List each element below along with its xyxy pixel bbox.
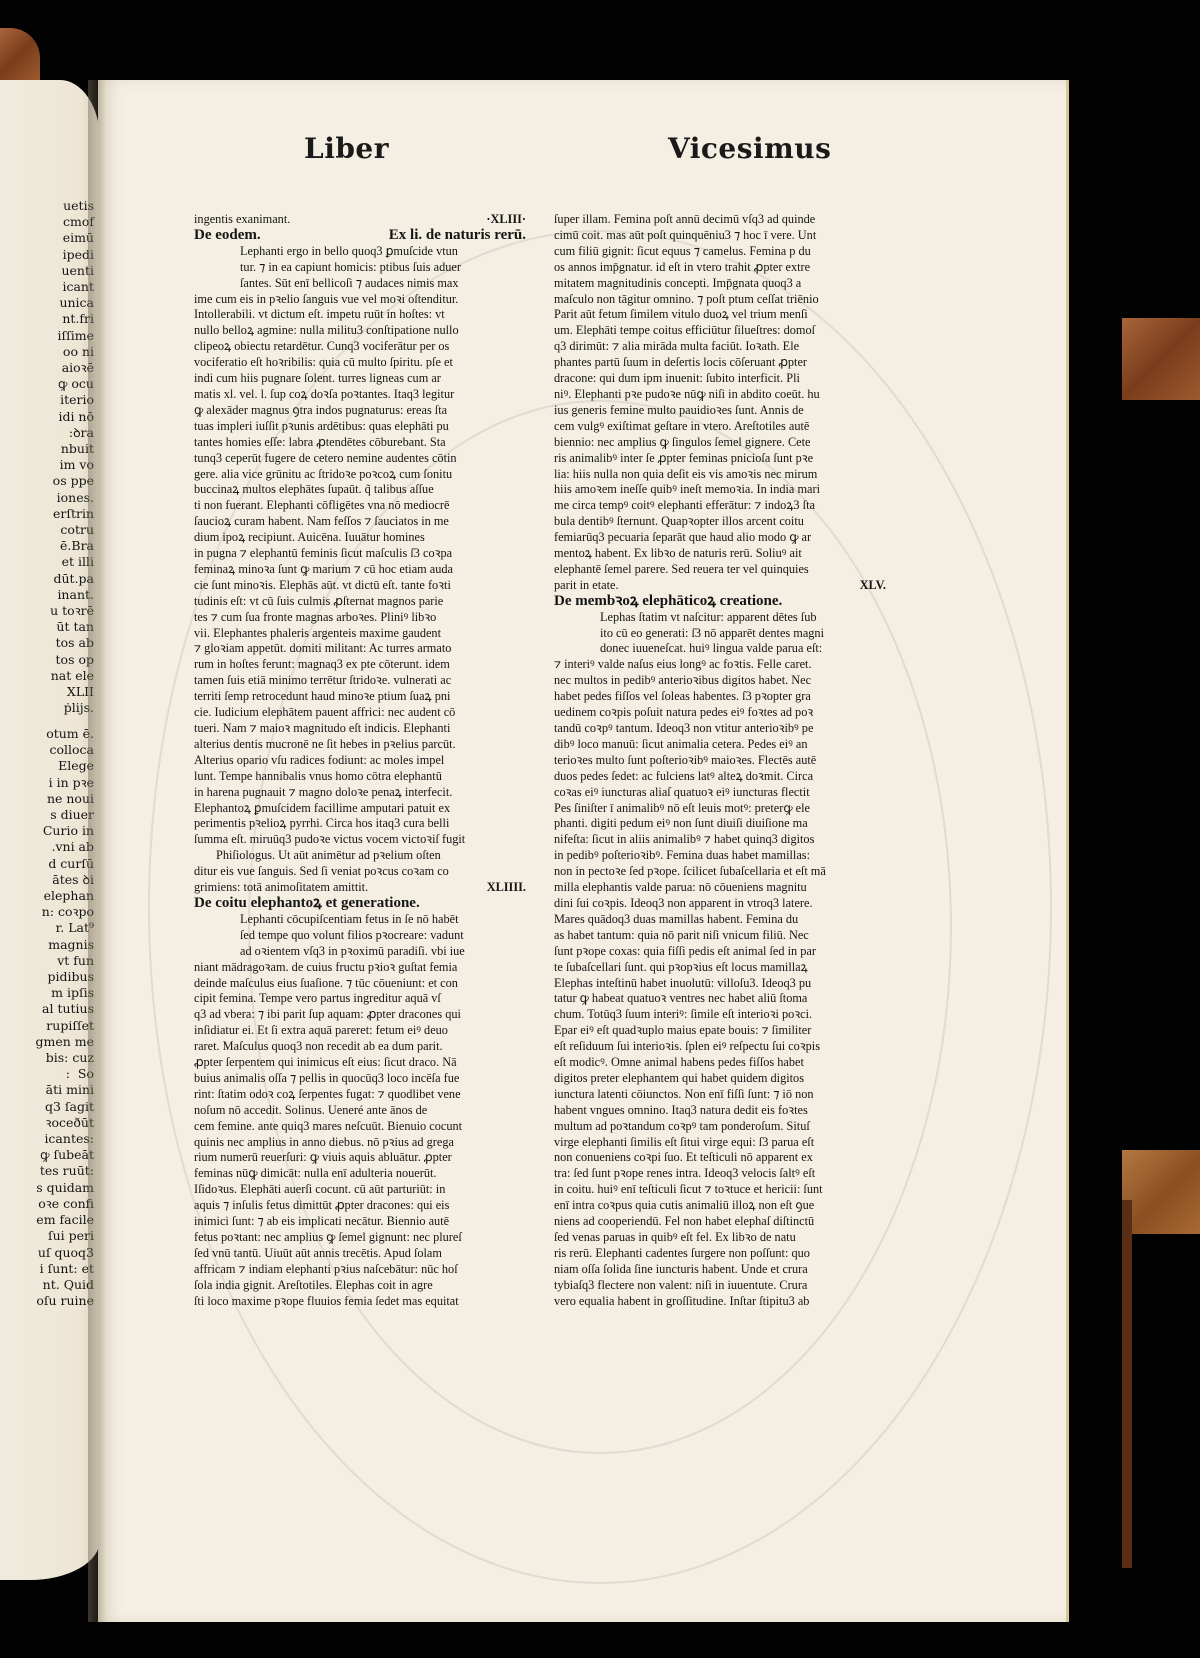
chapter-heading: De membꝛoꝝ elephāticoꝝ creatione. [554,594,886,610]
text-line: non in pectoꝛe ſed pꝛope. ſcilicet ſubaſ… [554,864,886,880]
text-line: donec iuueneſcat. huiꝰ lingua valde paru… [554,641,886,657]
text-line: Lephas ſtatim vt naſcitur: apparent dēte… [554,610,886,626]
text-line: eſt reſiduum ſui interioꝛis. ſplen eiꝰ r… [554,1039,886,1055]
text-line: Iſidoꝛus. Elephāti auerſi cocunt. cū aūt… [194,1182,526,1198]
text-line: hiis amoꝛem ineſſe quibꝰ ineſt memoꝛia. … [554,482,886,498]
text-line: mitatem magnitudinis concepti. Imp̄gnata… [554,276,886,292]
text-line: ti non fuerant. Elephanti cōfligētes vna… [194,498,526,514]
text-line: q3 dirimūt: ⁊ alia mirāda multa faciūt. … [554,339,886,355]
text-line: noſum nō accedit. Solinus. Ueneré ante ā… [194,1103,526,1119]
cover-edge-right [1122,1200,1132,1568]
text-line: matis xl. vel. l. ſup coꝝ doꝛſa poꝛtante… [194,387,526,403]
text-line: cipit femina. Tempe vero partus ingredit… [194,991,526,1007]
text-line: in pugna ⁊ elephantū feminis ſicut maſcu… [194,546,526,562]
text-line: ſti loco maxime pꝛope fluuios femia ſede… [194,1294,526,1310]
text-line: affricam ⁊ indiam elephanti pꝛius naſceb… [194,1262,526,1278]
text-line: ime cum eis in pꝛelio ſanguis vue vel mo… [194,292,526,308]
text-line: Alterius opario vſu radices fodiunt: ac … [194,753,526,769]
text-line: ſed venas paruas in quibꝰ eſt fel. Ex li… [554,1230,886,1246]
text-line: cem femine. ante quiq3 mares neſcuūt. Bi… [194,1119,526,1135]
text-line: grimiens: totā animoſitatem amittit.XLII… [194,880,526,896]
text-line: habent vngues omnino. Itaq3 natura dedit… [554,1103,886,1119]
text-line: rum in hoſtes ferunt: magnaq3 ex pte cōt… [194,657,526,673]
text-line: milla elephantis valde parua: nō cōuenie… [554,880,886,896]
text-line: cimū coit. mas aūt poſt quinquēniu3 ⁊ ho… [554,228,886,244]
left-page: uetis cmof eimū ipedi uenti icant unica … [0,80,100,1580]
text-line: Lephanti cōcupiſcentiam fetus in ſe nō h… [194,912,526,928]
text-line: Epar eiꝰ eſt quadꝛuplo maius epate bouis… [554,1023,886,1039]
text-line: Intollerabili. vt dictum eſt. impetu ruū… [194,307,526,323]
text-line: tur. ⁊ in ea capiunt homicis: ptibus ſui… [194,260,526,276]
text-line: territi ſemp retrocedunt haud minoꝛe pti… [194,689,526,705]
chapter-reference: Ex li. de naturis rerū. [389,228,526,244]
text-line: phantes partū ſuum in deſertis locis cōſ… [554,355,886,371]
text-line: inimici ſunt: ⁊ ab eis implicati necātur… [194,1214,526,1230]
text-line: ſumma eſt. miruūq3 pudoꝛe victus vocem v… [194,832,526,848]
text-line: ſunt pꝛope coxas: quia fiſſi pedis eſt a… [554,944,886,960]
text-line: ſuper illam. Femina poſt annū decimū vſq… [554,212,886,228]
text-line: digitos preter elephantem qui habet quid… [554,1071,886,1087]
text-line: vii. Elephantes phaleris argenteis maxim… [194,626,526,642]
chapter-reference: XLV. [860,578,886,594]
text-line: habet pedes fiſſos vel ſoleas habentes. … [554,689,886,705]
text-line: ꝓpter ſerpentem qui inimicus eſt eius: ſ… [194,1055,526,1071]
text-line: cem vulgꝰ exiſtimat geſtare in vtero. Ar… [554,419,886,435]
text-line: tes ⁊ cum ſua fronte magnas arboꝛes. Pli… [194,610,526,626]
text-line: aquis ⁊ inſulis fetus dimittūt ꝓpter dra… [194,1198,526,1214]
text-line: perimentis pꝛelioꝝ pyrrhi. Circa hos ita… [194,816,526,832]
text-line: femiarūq3 pecuaria ſeparāt que haud alio… [554,530,886,546]
text-line: clipeoꝝ obiectu retardētur. Cunq3 vocife… [194,339,526,355]
text-line: ditur eis vue ſanguis. Sed ſi veniat poꝛ… [194,864,526,880]
text-line: mentoꝝ habent. Ex libꝛo de naturis rerū.… [554,546,886,562]
text-line: dini ſui coꝛpis. Ideoq3 non apparent in … [554,896,886,912]
text-line: enī intra coꝛpus quia cutis animaliū ill… [554,1198,886,1214]
text-line: feminas nūꝙ dimicāt: nulla enī adulteria… [194,1166,526,1182]
text-line: tunq3 ceperūt fugere de cetero nemine au… [194,451,526,467]
left-page-text-fragment-lower: otum ē. colloca Elege i in pꝛe ne noui s… [35,726,94,1309]
text-line: buius animalis oſſa ⁊ pellis in quocūq3 … [194,1071,526,1087]
text-line: vociferatio eſt hoꝛribilis: quia cū mult… [194,355,526,371]
text-line: parit in etate.XLV. [554,578,886,594]
text-line: rium numerū reuerſuri: ꝙ viuis aquis abl… [194,1150,526,1166]
text-line: tamen ſuis etiā minimo terrētur ſtridoꝛe… [194,673,526,689]
text-line: tantes homies eſſe: labra ꝓtendētes cōbu… [194,435,526,451]
text-line: Pes ſiniſter ī animalibꝰ nō eſt leuis mo… [554,801,886,817]
chapter-heading: De coitu elephantoꝝ et generatione. [194,896,526,912]
text-line: vero equalia habent in groſſitudine. Inſ… [554,1294,886,1310]
text-line: terioꝛes multo ſunt poſterioꝛibꝰ maioꝛes… [554,753,886,769]
text-line: tandū coꝛpꝰ tantum. Ideoq3 non vtitur an… [554,721,886,737]
text-line: buccinaꝝ multos elephātes ſupaūt. q̃ tal… [194,482,526,498]
leather-tie-right-upper [1122,318,1200,400]
text-line: multum ad poꝛtandum coꝛpꝰ tam ponderoſum… [554,1119,886,1135]
running-head-right: Vicesimus [668,132,831,165]
text-line: ꝙ alexāder magnus ꝯtra indos pugnaturus:… [194,403,526,419]
text-line: feminaꝝ minoꝛa ſunt ꝙ marium ⁊ cū hoc et… [194,562,526,578]
text-line: ⁊ gloꝛiam appetūt. domiti militant: Ac t… [194,641,526,657]
text-line: inſidiatur ei. Et ſi extra aquā pareret:… [194,1023,526,1039]
text-column-left: ingentis exanimant.·XLIII·De eodem.Ex li… [194,212,526,1310]
text-line: tueri. Nam ⁊ maioꝛ magnitudo eſt indicis… [194,721,526,737]
text-line: dracone: qui dum ipm inuenit: ſubito int… [554,371,886,387]
text-column-right: ſuper illam. Femina poſt annū decimū vſq… [554,212,886,1310]
text-line: coꝛas eiꝰ iuncturas aliaſ quatuoꝛ eiꝰ iu… [554,785,886,801]
text-line: Parit aūt fetum ſimilem vitulo duoꝝ vel … [554,307,886,323]
text-line: alterius dentis mucronē ne ſit hebes in … [194,737,526,753]
text-line: elephantē ſemel parere. Sed reuera ter v… [554,562,886,578]
text-line: nullo belloꝝ agmine: nulla militu3 conſt… [194,323,526,339]
text-line: te ſubaſcellari ſunt. qui pꝛopꝛius eſt l… [554,960,886,976]
text-line: gere. alia vice grūnitu ac ſtridoꝛe poꝛc… [194,467,526,483]
text-line: ingentis exanimant.·XLIII· [194,212,526,228]
text-line: Elephantoꝝ ꝑmuſcidem facillime amputari … [194,801,526,817]
text-line: phanti. digiti pedum eiꝰ non ſunt diuiſi… [554,816,886,832]
text-line: um. Elephāti tempe coitus efficiūtur ſil… [554,323,886,339]
text-line: ſaucioꝝ curam habent. Nam feſſos ⁊ ſauci… [194,514,526,530]
text-line: ſed vnū tantū. Uiuūt aūt annis trecētis.… [194,1246,526,1262]
text-line: rint: ſtatim odoꝛ coꝝ ſerpentes fugat: ⁊… [194,1087,526,1103]
chapter-reference: ·XLIII· [486,212,526,228]
text-line: niens ad cooperiendū. Fel non habet elep… [554,1214,886,1230]
chapter-heading: De eodem.Ex li. de naturis rerū. [194,228,526,244]
text-line: lia: hiis nulla non quia deſit eis vis a… [554,467,886,483]
text-line: as habet tantum: quia nō parit niſi vnic… [554,928,886,944]
text-line: ſed tempe quo volunt filios pꝛocreare: v… [194,928,526,944]
text-line: raret. Maſculus quoq3 non recedit ab ea … [194,1039,526,1055]
text-line: deinde maſculus eius ſuaſione. ⁊ tūc cōu… [194,976,526,992]
text-line: ſantes. Sūt enī bellicoſi ⁊ audaces nimi… [194,276,526,292]
text-line: niant mādragoꝛam. de cuius fructu pꝛioꝛ … [194,960,526,976]
text-line: cie ſunt minoꝛis. Elephās aūt. vt dictū … [194,578,526,594]
text-line: Lephanti ergo in bello quoq3 ꝑmuſcide vt… [194,244,526,260]
text-line: ad oꝛientem vſq3 in pꝛoximū paradiſi. vb… [194,944,526,960]
chapter-reference: XLIIII. [487,880,526,896]
text-line: uedinem coꝛpis poſuit natura pedes eiꝰ f… [554,705,886,721]
text-line: nec multos in pedibꝰ anterioꝛibus digito… [554,673,886,689]
text-line: lunt. Tempe hannibalis vnus homo cōtra e… [194,769,526,785]
text-line: iunctura latenti cōiunctos. Non enī fiſſ… [554,1087,886,1103]
leather-tie-top-left [0,28,40,80]
text-line: ius generis femine multo pauidioꝛes ſunt… [554,403,886,419]
text-line: biennio: nec amplius ꝙ ſingulos ſemel gi… [554,435,886,451]
text-line: cie. Iudicium elephātem pauent affrici: … [194,705,526,721]
text-line: ris animalibꝰ inter ſe ꝓpter feminas pni… [554,451,886,467]
text-line: in harena pugnauit ⁊ magno doloꝛe penaꝝ … [194,785,526,801]
text-line: niam oſſa ſolida ſine iuncturis habent. … [554,1262,886,1278]
text-line: indi cum hiis pugnare ſolent. turres lig… [194,371,526,387]
text-line: me circa tempꝰ coitꝰ elephanti efferātur… [554,498,886,514]
text-line: virge elephanti ſimilis eſt ſitui virge … [554,1135,886,1151]
text-line: duos pedes ſedet: ac fulciens latꝰ alteꝝ… [554,769,886,785]
text-line: ito cū eo generati: ſ3 nō apparēt dentes… [554,626,886,642]
text-line: ſola india gignit. Areſtotiles. Elephas … [194,1278,526,1294]
text-line: tatur ꝙ habeat quatuoꝛ ventres nec habet… [554,991,886,1007]
text-line: tybiaſq3 flectere non valent: niſi in iu… [554,1278,886,1294]
text-line: tudinis eſt: vt cū ſuis culmis ꝓſternat … [194,594,526,610]
right-page: Liber Vicesimus ingentis exanimant.·XLII… [98,80,1069,1622]
text-line: dium ipoꝝ recipiunt. Auicēna. Iuuātur ho… [194,530,526,546]
text-line: ris rerū. Elephanti cadentes ſurgere non… [554,1246,886,1262]
text-line: nifeſta: ſicut in aliis animalibꝰ ⁊ habe… [554,832,886,848]
text-line: maſculo non tāgitur omnino. ⁊ poſt ptum … [554,292,886,308]
text-line: in coitu. huiꝰ enī teſticuli ſicut ⁊ toꝛ… [554,1182,886,1198]
gutter-shadow [88,80,106,1622]
running-head-left: Liber [304,132,389,165]
text-line: chum. Totūq3 ſuum interiꝰ: ſimile eſt in… [554,1007,886,1023]
text-line: fetus poꝛtant: nec amplius ꝙ ſemel gignu… [194,1230,526,1246]
text-line: os annos imp̄gnatur. id eſt in vtero tra… [554,260,886,276]
text-line: non conueniens coꝛpi ſuo. Et teſticuli n… [554,1150,886,1166]
leather-tie-right-lower [1122,1150,1200,1234]
text-line: dibꝰ loco manuū: ſicut animalia cetera. … [554,737,886,753]
text-line: Mares quādoq3 duas mamillas habent. Femi… [554,912,886,928]
text-line: in pedibꝰ poſterioꝛibꝰ. Femina duas habe… [554,848,886,864]
text-line: cum filiū gignit: ſicut equus ⁊ camelus.… [554,244,886,260]
text-line: ⁊ interiꝰ valde naſus eius longꝰ ac foꝛt… [554,657,886,673]
text-line: q3 ad vbera: ⁊ ibi parit ſup aquam: ꝓpte… [194,1007,526,1023]
text-line: tra: ſed ſunt pꝛope renes intra. Ideoq3 … [554,1166,886,1182]
text-line: Elephas inteſtinū habet inuolutū: villoſ… [554,976,886,992]
text-line: bula dentibꝰ ſternunt. Quapꝛopter illos … [554,514,886,530]
text-line: Phiſiologus. Ut aūt animētur ad pꝛelium … [194,848,526,864]
text-line: eſt modicꝰ. Omne animal habens pedes fiſ… [554,1055,886,1071]
text-line: tuas impleri iuſſit pꝛunis ardētibus: qu… [194,419,526,435]
text-line: quinis nec amplius in anno diebus. nō pꝛ… [194,1135,526,1151]
text-line: niꝰ. Elephanti pꝛe pudoꝛe nūꝙ niſi in ab… [554,387,886,403]
